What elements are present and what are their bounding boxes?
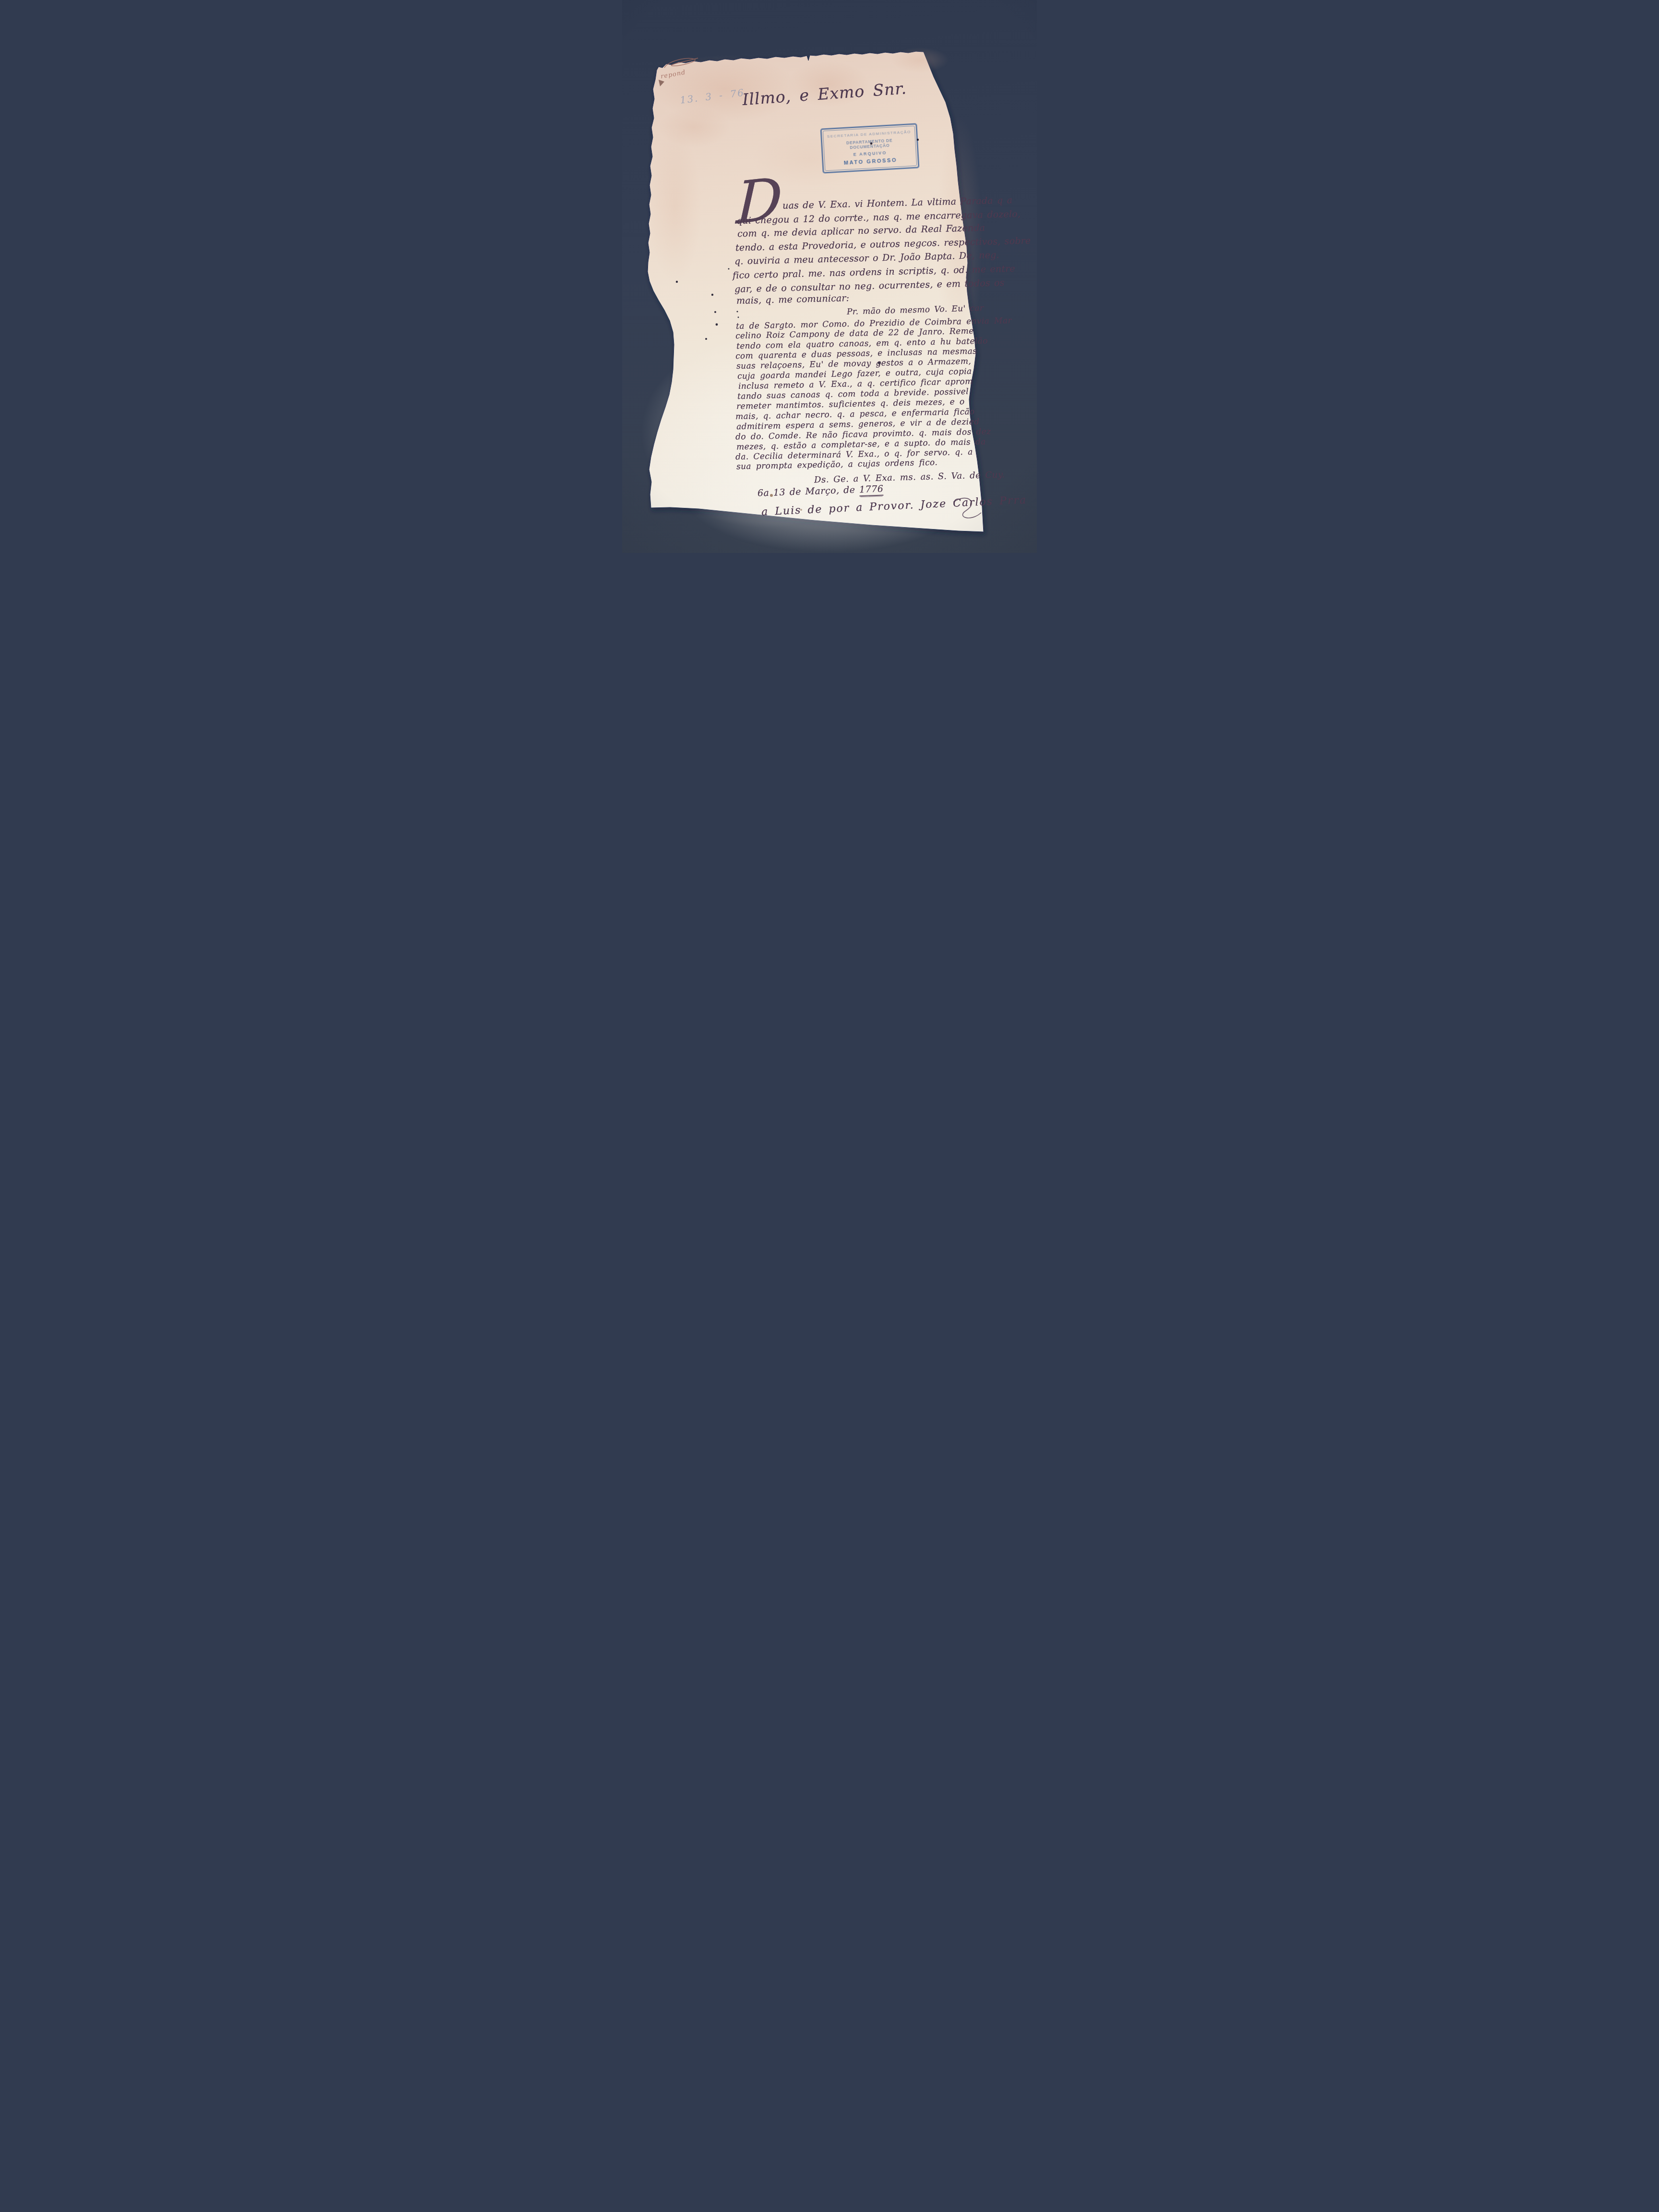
document-photo: repond 13. 3 - 76. Illmo, e Exmo Snr. SE… bbox=[622, 0, 1037, 553]
stamp-line-mato-grosso: MATO GROSSO bbox=[844, 157, 898, 166]
stamp-line-arquivo: E ARQUIVO bbox=[853, 150, 887, 157]
stamp-line-departamento: DEPARTAMENTO DE DOCUMENTAÇÃO bbox=[826, 137, 914, 151]
archive-stamp-border: SECRETARIA DE ADMINISTRAÇÃO DEPARTAMENTO… bbox=[823, 126, 917, 171]
date-year: 1776 bbox=[859, 483, 884, 496]
archive-stamp: SECRETARIA DE ADMINISTRAÇÃO DEPARTAMENTO… bbox=[820, 123, 920, 173]
